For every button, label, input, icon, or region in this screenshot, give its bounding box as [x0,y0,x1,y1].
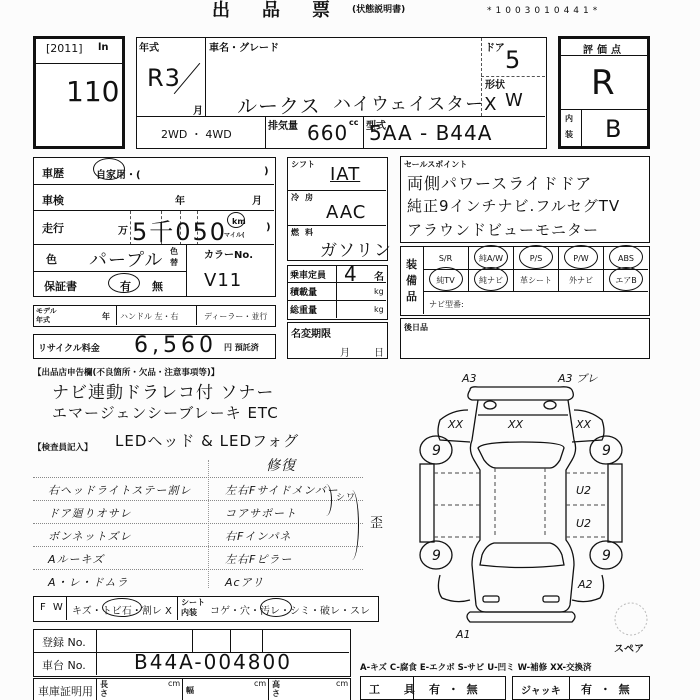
sales-point-line: アラウンドビューモニター [407,219,599,240]
shape-label: 形状 [485,76,505,91]
garage-box: 車庫証明用 長さ cm 幅 cm 高さ cm [33,678,351,700]
mileage-unit-mile: マイル( [224,230,245,239]
door-label: ドア [485,39,505,54]
recycle-value: 6,560 [134,333,217,358]
interior-score: B [605,115,622,143]
inspector-note-left: ボンネットズレ [48,528,132,544]
condition-row: F W キズ・トビ石・割レ X シート 内装 コゲ・穴・汚レ・シミ・破レ・スレ [33,596,379,622]
fw-selected-circle [102,598,142,617]
weight-label: 総重量 [290,303,317,316]
seller-notes-label: 【出品店申告欄(不良箇所・欠品・注意事項等)】 [33,366,219,378]
tire-tread-mark: 9 [602,548,611,564]
sales-point-line: 純正9インチナビ.フルセグTV [407,195,620,216]
equipment-item: S/R [423,247,468,269]
spare-label: スペア [614,640,644,655]
car-name-value: ルークス [237,90,321,119]
inspector-note-left: 右ヘッドライトステー割レ [48,482,191,498]
jack-box: ジャッキ 有 ・ 無 [512,676,650,700]
damage-mark: U2 [576,484,591,497]
equipment-selected-circle [564,245,598,269]
jack-label: ジャッキ [521,682,561,697]
fuel-value: ガソリン [320,236,392,261]
mileage-man: 万 [118,222,128,237]
equipment-selected-circle [609,245,643,269]
equipment-item: 革シート [513,269,558,291]
damage-mark: U2 [576,517,591,530]
fw-label: F W [40,602,65,613]
inspector-label: 【検査員記入】 [33,441,93,453]
inspector-note-right: 右Fインパネ [225,528,292,544]
inspector-note-left: Aルーキズ [48,551,104,567]
usage-close: ) [264,166,269,177]
garage-label: 車庫証明用 [38,683,93,699]
name-change-box: 名変期限 月 日 [287,322,388,359]
color-label: 色 [46,251,57,267]
equipment-selected-circle [474,267,508,291]
tool-options: 有 ・ 無 [429,681,480,697]
name-change-month: 月 [340,344,350,359]
tire-tread-mark: 9 [432,443,441,459]
equipment-selected-circle [519,245,553,269]
usage-label: 車歴 [42,165,64,181]
chassis-value: B44A-004800 [134,650,292,674]
capacity-unit: 名 [374,268,384,283]
grade-score: R [591,63,616,103]
mileage-close: ) [266,222,271,233]
reg-label: 登録 No. [42,634,86,650]
ac-label: 冷房 [291,192,319,203]
interior-label-2: 装 [565,129,573,140]
damage-legend: A-キズ C-腐食 E-エクボ S-サビ U-凹ミ W-補修 XX-交換済 [360,661,592,673]
vehicle-info-box: 年式 R3 月 車名・グレード ルークス ハイウェイスターX ドア 5 形状 W… [136,37,547,149]
equipment-label: 装備品 [406,257,418,305]
lot-box: [2011] ln 110 [33,36,125,149]
shape-value: W [505,90,524,111]
color-value: パープル [89,246,163,272]
bracket-note-distortion: 歪 [370,512,384,531]
inspection-year: 年 [175,192,185,207]
tire-tread-mark: 9 [432,548,441,564]
name-change-day: 日 [374,344,384,359]
damage-mark: A3 [461,372,477,385]
year-value: R3 [147,64,181,92]
tire-tread-mark: 9 [602,443,611,459]
handle-label: ハンドル 左・右 [120,311,179,322]
tools-box: 工 具 有 ・ 無 [360,676,506,700]
load-unit: kg [374,287,384,296]
chassis-label: 車台 No. [42,657,86,673]
sales-points-label: セールスポイント [404,159,467,170]
color-no-value: V11 [204,270,242,291]
grade-box: 評価点 R 内 装 B [558,36,650,149]
corner-mark: ln [98,42,109,53]
equipment-box: 装備品 ナビ型番: S/R純A/WP/SP/WABS純TV純ナビ革シート外ナビエ… [400,246,650,316]
jack-options: 有 ・ 無 [581,681,632,697]
height-label: 高さ [272,680,280,698]
load-label: 積載量 [290,285,317,298]
seller-note-line: ナビ連動ドラレコ付 ソナー [52,378,274,403]
height-unit: cm [336,679,348,688]
repair-label: 修復 [266,455,296,475]
navi-model-label: ナビ型番: [429,299,464,310]
dealer-label: ディーラー・並行 [204,311,267,322]
warranty-no: 無 [152,278,163,294]
ac-value: AAC [326,202,366,223]
mileage-km-circle [227,212,245,228]
registration-box: 登録 No. 車台 No. B44A-004800 [33,629,351,677]
inspector-note-left: ドア廻りオサレ [48,505,131,521]
model-year-unit: 年 [102,311,110,322]
later-items-box: 後日品 [400,318,650,359]
grade-label: 評価点 [583,41,625,56]
seat-selected-circle [260,598,292,617]
length-label: 長さ [100,680,108,698]
seller-note-line: エマージェンシーブレーキ ETC [52,402,279,423]
width-label: 幅 [186,685,194,696]
capacity-box: 乗車定員 4 名 積載量 kg 総重量 kg [287,265,388,320]
barcode-number: *1003010441* [487,6,601,16]
inspector-note-left: A・レ・ドムラ [48,574,129,590]
car-diagram: A3A3 ブレXXXXXXU2U2A2A19999 [400,360,700,650]
mileage-value: 5千050 [132,212,227,247]
color-no-label: カラーNo. [204,246,253,261]
equipment-item: 外ナビ [558,269,603,291]
inspection-label: 車検 [42,192,64,208]
color-change-label: 色替 [170,246,180,268]
fuel-label: 燃料 [291,227,319,238]
length-unit: cm [168,679,180,688]
damage-mark: A3 ブレ [557,372,599,385]
displacement-label: 排気量 [268,117,298,132]
equipment-selected-circle [609,267,643,291]
mileage-label: 走行 [42,220,64,236]
sheet-title: 出品票 [212,0,362,22]
damage-mark: XX [507,418,524,431]
usage-selected-circle [93,158,125,180]
sales-point-line: 両側パワースライドドア [407,171,592,194]
inspector-note-right: Acアリ [225,574,264,590]
recycle-row: リサイクル料金 6,560 円 預託済 [33,334,276,359]
spare-tire-icon [615,603,647,635]
damage-mark: A2 [577,578,593,591]
drive-label: 2WD ・ 4WD [161,126,232,142]
model-year-row: モデル年式 年 ハンドル 左・右 ディーラー・並行 [33,305,276,327]
specs-box: シフト IAT 冷房 AAC 燃料 ガソリン [287,157,388,261]
car-grade-value: ハイウェイスターX [333,90,497,116]
seat-label: シート 内装 [181,598,205,618]
displacement-unit: cc [349,118,358,127]
name-change-label: 名変期限 [291,325,331,340]
equipment-selected-circle [474,245,508,269]
inspector-note-right: コアサポート [225,505,297,521]
car-name-label: 車名・グレード [209,39,279,54]
sales-points-box: セールスポイント 両側パワースライドドア 純正9インチナビ.フルセグTV アラウ… [400,156,650,243]
year-tag: [2011] [46,42,83,55]
recycle-label: リサイクル料金 [38,341,100,354]
sheet-subtitle: (状態説明書) [352,2,405,15]
month-label: 月 [193,102,203,117]
recycle-unit: 円 預託済 [224,342,259,353]
year-label: 年式 [139,39,159,54]
inspection-month: 月 [252,192,262,207]
history-box: 車歴 自家用・( ) 車検 年 月 走行 万 5千050 km マイル( ) 色… [33,157,276,297]
displacement-value: 660 [307,121,348,145]
capacity-label: 乗車定員 [290,268,326,281]
tool-label: 工 具 [369,681,425,697]
lot-number: 110 [66,75,119,108]
width-unit: cm [254,679,266,688]
damage-mark: XX [447,418,464,431]
weight-unit: kg [374,305,384,314]
door-value: 5 [505,46,521,74]
warranty-yes-circle [108,273,140,293]
inspector-note-right: 左右Fピラー [225,551,292,567]
damage-mark: XX [575,418,592,431]
shift-label: シフト [291,159,315,170]
model-year-label: モデル年式 [36,307,60,325]
damage-mark: A1 [455,628,471,641]
interior-label-1: 内 [565,113,573,124]
bracket-outer [345,490,359,560]
later-items-label: 後日品 [404,322,428,333]
shift-value: IAT [330,164,360,185]
warranty-label: 保証書 [44,278,77,294]
model-value: 5AA - B44A [369,121,492,145]
equipment-selected-circle [429,267,463,291]
inspector-note-right: 左右Fサイドメンバー [225,482,339,498]
inspector-headline: LEDヘッド & LEDフォグ [115,430,299,451]
